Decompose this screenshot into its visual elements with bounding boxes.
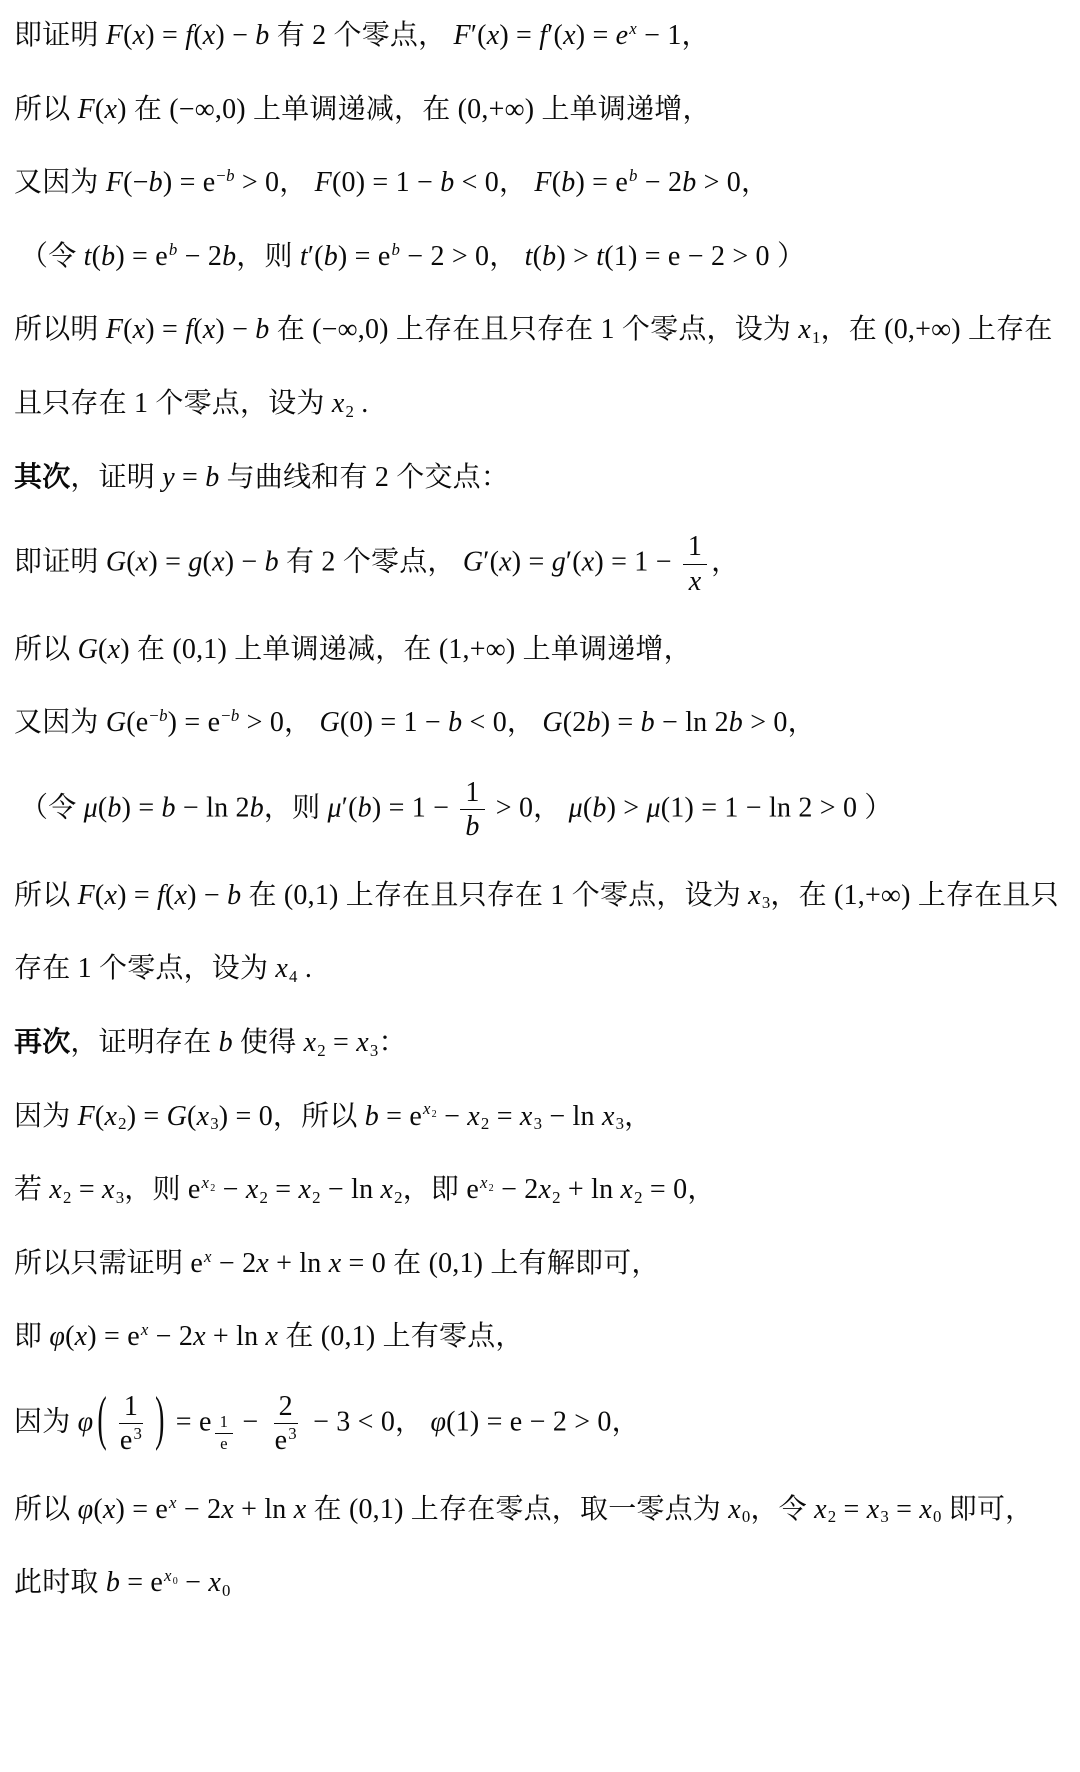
- math-roman-run: < 0，: [462, 707, 542, 738]
- fraction-denominator: e: [215, 1434, 233, 1454]
- math-roman-run: ) = e: [575, 167, 628, 198]
- subscript: 2: [63, 1188, 72, 1207]
- math-roman-run: − 2: [638, 167, 683, 198]
- subscript: 3: [370, 1041, 379, 1060]
- math-roman-run: ) =: [512, 546, 552, 577]
- subscript: 3: [116, 1188, 125, 1207]
- math-roman-run: ) >: [607, 792, 647, 823]
- math-italic-run: x: [102, 1174, 115, 1205]
- fraction-denominator: b: [460, 810, 484, 842]
- math-roman-run: =: [175, 462, 205, 493]
- math-italic-run: b: [250, 792, 264, 823]
- superscript: −b: [221, 706, 239, 725]
- text-run: 即证明: [14, 20, 106, 51]
- fraction-numerator: 1: [215, 1413, 234, 1434]
- math-italic-run: b: [107, 792, 121, 823]
- math-roman-run: .: [354, 388, 368, 419]
- math-italic-run: x: [423, 1099, 431, 1118]
- math-italic-run: b: [592, 792, 606, 823]
- math-line-1: 即证明 F(x) = f(x) − b 有 2 个零点， F′(x) = f′(…: [14, 16, 1072, 57]
- subscript: 2: [312, 1188, 321, 1207]
- text-run: 在: [386, 1248, 429, 1279]
- text-run: 所以明: [14, 314, 106, 345]
- math-italic-run: x: [136, 546, 149, 577]
- math-italic-run: b: [255, 20, 269, 51]
- math-roman-run: − ln 2: [655, 707, 729, 738]
- math-italic-run: t: [300, 241, 308, 272]
- text-run: 所以: [14, 1494, 78, 1525]
- math-line-6: 且只存在 1 个零点，设为 x2 .: [14, 384, 1072, 425]
- math-line-8: 即证明 G(x) = g(x) − b 有 2 个零点， G′(x) = g′(…: [14, 531, 1072, 597]
- math-roman-run: (2: [563, 707, 587, 738]
- superscript: x: [169, 1493, 177, 1512]
- math-roman-run: =: [268, 1174, 298, 1205]
- text-run: 与曲线和有 2 个交点：: [219, 462, 509, 493]
- text-run: ，则: [264, 792, 328, 823]
- math-roman-run: 3: [616, 1114, 625, 1133]
- math-italic-run: F: [78, 94, 95, 125]
- math-italic-run: x: [266, 1321, 279, 1352]
- math-italic-run: F: [106, 167, 123, 198]
- math-italic-run: φ: [49, 1321, 65, 1352]
- math-roman-run: ) =: [576, 20, 616, 51]
- math-roman-run: (−∞,0): [312, 314, 389, 345]
- math-roman-run: (0,+∞): [458, 94, 535, 125]
- math-italic-run: x: [275, 953, 288, 984]
- math-line-19: 因为 φ(1e3) = e1e − 2e3 − 3 < 0， φ(1) = e …: [14, 1391, 1072, 1457]
- math-roman-run: (: [552, 167, 562, 198]
- math-roman-run: − 3 < 0，: [306, 1406, 431, 1437]
- math-roman-run: ) = 0: [219, 1101, 273, 1132]
- math-roman-run: (: [92, 241, 102, 272]
- text-run: 有 2 个零点，: [279, 546, 463, 577]
- math-roman-run: −: [149, 706, 159, 725]
- subscript: 2: [634, 1188, 643, 1207]
- math-italic-run: x: [164, 1566, 172, 1585]
- math-roman-run: > 0，: [743, 707, 816, 738]
- subscript: 2: [552, 1188, 561, 1207]
- subscript: 2: [828, 1507, 837, 1526]
- math-italic-run: x: [356, 1027, 369, 1058]
- math-roman-run: (0,1): [172, 634, 227, 665]
- math-roman-run: (: [193, 314, 203, 345]
- text-run: 又因为: [14, 167, 106, 198]
- math-roman-run: ) = e: [338, 241, 391, 272]
- text-run: 若: [14, 1174, 49, 1205]
- math-italic-run: μ: [569, 792, 583, 823]
- text-run: ）: [777, 241, 805, 272]
- subscript: 3: [210, 1114, 219, 1133]
- math-italic-run: f: [185, 20, 193, 51]
- math-roman-run: − 1，: [637, 20, 710, 51]
- math-italic-run: b: [629, 166, 638, 185]
- text-run: 上有零点，: [375, 1321, 523, 1352]
- math-roman-run: −: [216, 166, 226, 185]
- big-paren: ): [155, 1378, 165, 1465]
- text-run: 因为: [14, 1406, 78, 1437]
- solution-document: 即证明 F(x) = f(x) − b 有 2 个零点， F′(x) = f′(…: [14, 16, 1072, 1604]
- math-roman-run: + ln: [206, 1321, 266, 1352]
- superscript: b: [629, 166, 638, 185]
- math-italic-run: F: [78, 880, 95, 911]
- text-run: 上存在零点，取一零点为: [404, 1494, 729, 1525]
- text-run: ，证明: [70, 462, 162, 493]
- math-line-13: 存在 1 个零点，设为 x4 .: [14, 949, 1072, 990]
- fraction-denominator: x: [684, 565, 707, 597]
- math-italic-run: x: [814, 1494, 827, 1525]
- math-italic-run: x: [75, 1321, 88, 1352]
- math-roman-run: (: [98, 634, 108, 665]
- fraction: 1b: [460, 777, 484, 843]
- math-italic-run: F: [106, 20, 123, 51]
- text-run: ）: [864, 792, 892, 823]
- text-run: 在: [241, 880, 284, 911]
- math-roman-run: ) = e: [163, 167, 216, 198]
- math-roman-run: (1,+∞): [834, 880, 911, 911]
- subscript: 3: [616, 1114, 625, 1133]
- math-italic-run: g: [552, 546, 566, 577]
- text-run: （令: [20, 792, 84, 823]
- math-italic-run: x: [329, 1248, 342, 1279]
- math-italic-run: g: [188, 546, 202, 577]
- math-roman-run: −: [178, 1567, 208, 1598]
- math-roman-run: ) =: [145, 314, 185, 345]
- math-italic-run: e: [616, 20, 629, 51]
- text-run: 即: [14, 1321, 49, 1352]
- superscript: x0: [164, 1566, 178, 1585]
- math-roman-run: (0,1): [429, 1248, 484, 1279]
- math-roman-run: (1) = e − 2 > 0: [604, 241, 777, 272]
- math-italic-run: y: [162, 462, 175, 493]
- math-italic-run: μ: [647, 792, 661, 823]
- math-roman-run: 0: [933, 1507, 942, 1526]
- math-italic-run: x: [104, 880, 117, 911]
- superscript: x: [629, 19, 637, 38]
- math-roman-run: 3: [370, 1041, 379, 1060]
- math-roman-run: − ln 2: [176, 792, 250, 823]
- text-run: 上存在: [961, 314, 1053, 345]
- bold-text-run: 其次: [14, 462, 70, 493]
- superscript: −b: [149, 706, 167, 725]
- math-roman-run: =: [836, 1494, 866, 1525]
- math-line-11: （令 μ(b) = b − ln 2b，则 μ′(b) = 1 − 1b > 0…: [14, 777, 1072, 843]
- math-roman-run: 3: [880, 1507, 889, 1526]
- superscript: 3: [288, 1424, 297, 1443]
- math-italic-run: G: [106, 707, 126, 738]
- math-roman-run: (0,+∞): [884, 314, 961, 345]
- math-roman-run: ) = e: [115, 1494, 168, 1525]
- math-italic-run: x: [298, 1174, 311, 1205]
- math-roman-run: −: [437, 1101, 467, 1132]
- subscript: 2: [394, 1188, 403, 1207]
- math-italic-run: x: [175, 880, 188, 911]
- math-italic-run: b: [149, 167, 163, 198]
- math-roman-run: (: [98, 792, 108, 823]
- math-roman-run: 2: [259, 1188, 268, 1207]
- fraction-numerator: 1: [683, 531, 707, 564]
- text-run: ，所以: [273, 1101, 365, 1132]
- math-roman-run: ′(: [308, 241, 324, 272]
- text-run: ：: [379, 1027, 407, 1058]
- math-italic-run: F: [78, 1101, 95, 1132]
- fraction: 1x: [683, 531, 707, 597]
- superscript: −b: [216, 166, 234, 185]
- math-line-9: 所以 G(x) 在 (0,1) 上单调递减，在 (1,+∞) 上单调递增，: [14, 630, 1072, 671]
- math-italic-run: x: [487, 20, 500, 51]
- text-run: ，则: [236, 241, 300, 272]
- math-italic-run: x: [304, 1027, 317, 1058]
- math-roman-run: − ln: [542, 1101, 602, 1132]
- math-roman-run: 1: [124, 1391, 138, 1422]
- math-roman-run: (: [165, 880, 175, 911]
- subscript: 4: [289, 967, 298, 986]
- math-italic-run: x: [133, 314, 146, 345]
- math-italic-run: x: [221, 1494, 234, 1525]
- text-run: 又因为: [14, 707, 106, 738]
- bold-text-run: 再次: [14, 1027, 70, 1058]
- math-italic-run: x: [381, 1174, 394, 1205]
- math-italic-run: x: [208, 1567, 221, 1598]
- math-roman-run: + ln: [234, 1494, 294, 1525]
- math-italic-run: b: [162, 792, 176, 823]
- math-roman-run: (: [93, 1494, 103, 1525]
- math-roman-run: 0: [222, 1581, 231, 1600]
- math-roman-run: (: [123, 20, 133, 51]
- math-roman-run: ) =: [145, 20, 185, 51]
- math-roman-run: 2: [828, 1507, 837, 1526]
- text-run: 上有解即可，: [483, 1248, 659, 1279]
- math-line-21: 此时取 b = ex0 − x0: [14, 1563, 1072, 1604]
- math-italic-run: x: [133, 20, 146, 51]
- math-italic-run: b: [265, 546, 279, 577]
- math-roman-run: 3: [116, 1188, 125, 1207]
- text-run: 上单调递增，: [534, 94, 710, 125]
- fraction-numerator: 2: [274, 1391, 298, 1424]
- math-roman-run: 3: [288, 1424, 297, 1443]
- text-run: 即可，: [942, 1494, 1034, 1525]
- math-italic-run: x: [798, 314, 811, 345]
- fraction: 1e: [215, 1413, 234, 1454]
- math-roman-run: ): [120, 634, 130, 665]
- math-roman-run: ) = e: [115, 241, 168, 272]
- math-italic-run: G: [78, 634, 98, 665]
- math-roman-run: 2: [312, 1188, 321, 1207]
- math-italic-run: G: [319, 707, 339, 738]
- subscript: 1: [812, 328, 821, 347]
- superscript: b: [391, 240, 400, 259]
- math-italic-run: φ: [78, 1406, 94, 1437]
- math-roman-run: ) −: [187, 880, 227, 911]
- math-italic-run: x: [193, 1321, 206, 1352]
- math-roman-run: 2: [317, 1041, 326, 1060]
- math-roman-run: ) >: [556, 241, 596, 272]
- subscript: 2: [317, 1041, 326, 1060]
- math-roman-run: 2: [634, 1188, 643, 1207]
- text-run: 即证明: [14, 546, 106, 577]
- superscript: x: [204, 1247, 212, 1266]
- math-italic-run: b: [222, 241, 236, 272]
- subscript: 2: [345, 402, 354, 421]
- text-run: 上单调递增，: [515, 634, 691, 665]
- math-italic-run: x: [294, 1494, 307, 1525]
- math-line-20: 所以 φ(x) = ex − 2x + ln x 在 (0,1) 上存在零点，取…: [14, 1490, 1072, 1531]
- math-roman-run: − 2: [177, 1494, 222, 1525]
- math-line-17: 所以只需证明 ex − 2x + ln x = 0 在 (0,1) 上有解即可，: [14, 1244, 1072, 1285]
- math-roman-run: − 2: [494, 1174, 539, 1205]
- math-italic-run: x: [538, 1174, 551, 1205]
- fraction-denominator: e3: [270, 1424, 302, 1456]
- text-run: 有 2 个零点，: [270, 20, 454, 51]
- math-roman-run: e: [120, 1425, 133, 1456]
- math-roman-run: −: [221, 706, 231, 725]
- math-roman-run: (−: [123, 167, 149, 198]
- math-italic-run: x: [689, 566, 702, 597]
- math-roman-run: ) = e: [87, 1321, 140, 1352]
- math-roman-run: ): [117, 94, 127, 125]
- math-roman-run: > 0，: [489, 792, 569, 823]
- math-italic-run: x: [629, 19, 637, 38]
- math-line-18: 即 φ(x) = ex − 2x + ln x 在 (0,1) 上有零点，: [14, 1317, 1072, 1358]
- math-italic-run: μ: [84, 792, 98, 823]
- math-roman-run: > 0，: [235, 167, 315, 198]
- fraction: 1e3: [115, 1391, 147, 1457]
- math-roman-run: ′(: [342, 792, 358, 823]
- math-roman-run: − 2: [212, 1248, 257, 1279]
- text-run: 上存在且只: [911, 880, 1059, 911]
- math-roman-run: 2: [345, 402, 354, 421]
- math-roman-run: =: [72, 1174, 102, 1205]
- math-line-14: 再次，证明存在 b 使得 x2 = x3：: [14, 1023, 1072, 1064]
- text-run: ，令: [750, 1494, 814, 1525]
- math-italic-run: b: [448, 707, 462, 738]
- math-italic-run: b: [106, 1567, 120, 1598]
- math-roman-run: (1) = 1 − ln 2 > 0: [661, 792, 865, 823]
- math-italic-run: G: [167, 1101, 187, 1132]
- math-roman-run: e: [275, 1425, 288, 1456]
- math-italic-run: f: [157, 880, 165, 911]
- math-roman-run: − 2 > 0，: [400, 241, 525, 272]
- math-roman-run: =: [490, 1101, 520, 1132]
- math-italic-run: x: [602, 1101, 615, 1132]
- big-paren: (: [97, 1378, 107, 1465]
- math-roman-run: 2: [481, 1114, 490, 1133]
- math-roman-run: − 2: [177, 241, 222, 272]
- math-roman-run: ) = 1 −: [594, 546, 679, 577]
- math-roman-run: − 2: [148, 1321, 193, 1352]
- math-italic-run: b: [586, 707, 600, 738]
- math-italic-run: φ: [430, 1406, 446, 1437]
- fraction: 2e3: [270, 1391, 302, 1457]
- math-italic-run: x: [563, 20, 576, 51]
- math-roman-run: e: [466, 1174, 479, 1205]
- text-run: 所以: [14, 880, 78, 911]
- subscript: 0: [933, 1507, 942, 1526]
- solution-page: 即证明 F(x) = f(x) − b 有 2 个零点， F′(x) = f′(…: [0, 0, 1080, 1772]
- math-line-3: 又因为 F(−b) = e−b > 0， F(0) = 1 − b < 0， F…: [14, 163, 1072, 204]
- superscript: 3: [133, 1424, 142, 1443]
- math-roman-run: ，: [624, 1101, 652, 1132]
- math-roman-run: (0,1): [284, 880, 339, 911]
- math-italic-run: b: [227, 880, 241, 911]
- math-roman-run: 1: [220, 1412, 229, 1431]
- math-line-15: 因为 F(x2) = G(x3) = 0，所以 b = ex2 − x2 = x…: [14, 1097, 1072, 1138]
- math-line-7: 其次，证明 y = b 与曲线和有 2 个交点：: [14, 458, 1072, 499]
- math-roman-run: 3: [133, 1424, 142, 1443]
- math-roman-run: (1,+∞): [439, 634, 516, 665]
- math-roman-run: (1) = e − 2 > 0，: [446, 1406, 640, 1437]
- math-roman-run: 2: [552, 1188, 561, 1207]
- math-roman-run: ) −: [225, 546, 265, 577]
- math-italic-run: x: [867, 1494, 880, 1525]
- text-run: 上存在且只存在 1 个零点，设为: [339, 880, 749, 911]
- math-roman-run: (: [187, 1101, 197, 1132]
- math-roman-run: 3: [534, 1114, 543, 1133]
- math-roman-run: = e: [169, 1406, 212, 1437]
- subscript: 2: [259, 1188, 268, 1207]
- text-run: 存在 1 个零点，设为: [14, 953, 275, 984]
- math-italic-run: x: [103, 1494, 116, 1525]
- math-roman-run: > 0，: [696, 167, 769, 198]
- math-italic-run: b: [542, 241, 556, 272]
- math-roman-run: ，: [711, 546, 739, 577]
- math-italic-run: x: [520, 1101, 533, 1132]
- math-roman-run: (e: [126, 707, 148, 738]
- math-italic-run: x: [728, 1494, 741, 1525]
- math-roman-run: 2: [63, 1188, 72, 1207]
- text-run: ，在: [821, 314, 885, 345]
- math-roman-run: 3: [210, 1114, 219, 1133]
- fraction-denominator: e3: [115, 1424, 147, 1456]
- text-run: 上存在且只存在 1 个零点，设为: [389, 314, 799, 345]
- math-italic-run: b: [641, 707, 655, 738]
- math-italic-run: b: [465, 811, 479, 842]
- math-italic-run: x: [332, 388, 345, 419]
- math-roman-run: < 0，: [454, 167, 534, 198]
- math-italic-run: x: [197, 1101, 210, 1132]
- math-roman-run: 2: [118, 1114, 127, 1133]
- superscript: x2: [480, 1173, 494, 1192]
- text-run: ，在: [770, 880, 834, 911]
- text-run: 所以: [14, 634, 78, 665]
- text-run: ，即: [403, 1174, 467, 1205]
- math-roman-run: 1: [688, 531, 702, 562]
- math-line-16: 若 x2 = x3，则 ex2 − x2 = x2 − ln x2，即 ex2 …: [14, 1170, 1072, 1211]
- math-roman-run: =: [326, 1027, 356, 1058]
- math-roman-run: e: [220, 1434, 228, 1453]
- text-run: 上单调递减，在: [227, 634, 439, 665]
- math-roman-run: (: [123, 314, 133, 345]
- math-italic-run: b: [101, 241, 115, 272]
- text-run: 所以: [14, 94, 78, 125]
- text-run: 在: [130, 634, 173, 665]
- superscript: 1e: [213, 1405, 236, 1424]
- math-italic-run: t: [525, 241, 533, 272]
- math-roman-run: ) = 1 −: [372, 792, 457, 823]
- math-roman-run: + ln: [269, 1248, 329, 1279]
- math-roman-run: ) =: [148, 546, 188, 577]
- math-roman-run: = 0: [341, 1248, 386, 1279]
- math-italic-run: F: [315, 167, 332, 198]
- math-roman-run: =: [889, 1494, 919, 1525]
- math-line-2: 所以 F(x) 在 (−∞,0) 上单调递减，在 (0,+∞) 上单调递增，: [14, 90, 1072, 131]
- math-roman-run: (0) = 1 −: [340, 707, 448, 738]
- math-italic-run: x: [49, 1174, 62, 1205]
- math-roman-run: ′(: [547, 20, 563, 51]
- math-italic-run: x: [919, 1494, 932, 1525]
- math-italic-run: x: [246, 1174, 259, 1205]
- text-run: 上单调递减，在: [246, 94, 458, 125]
- math-italic-run: x: [748, 880, 761, 911]
